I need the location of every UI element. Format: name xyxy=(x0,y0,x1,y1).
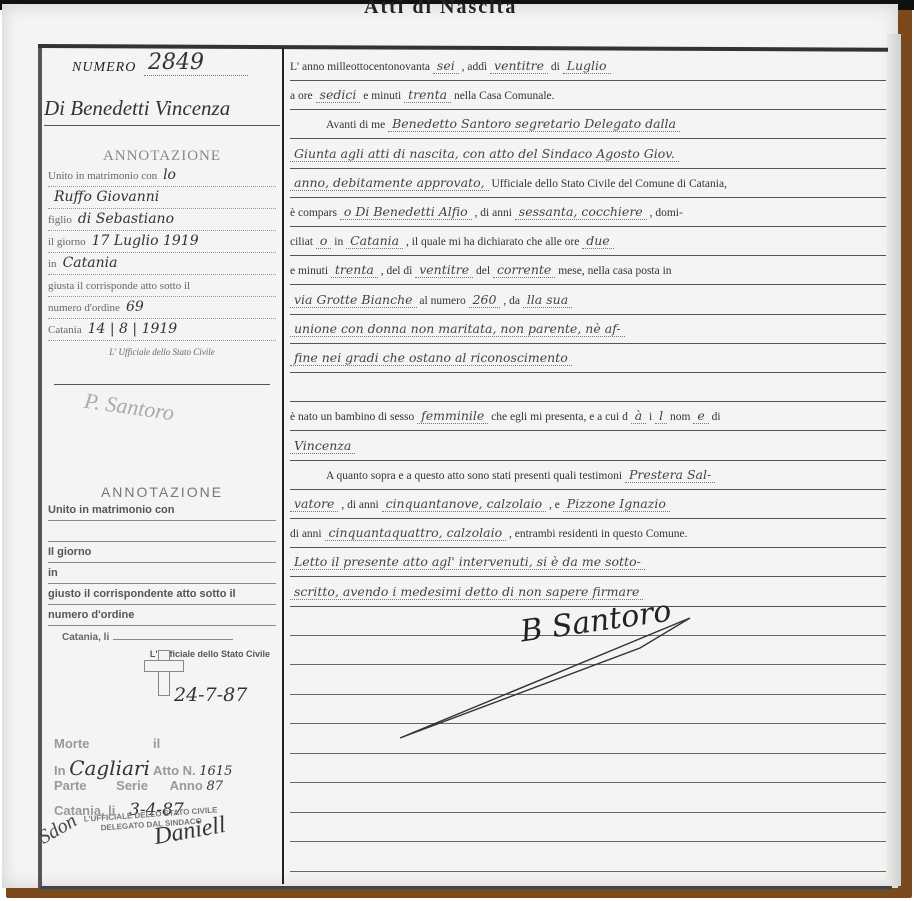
handwritten-entry: due xyxy=(582,233,613,249)
printed-text: , di anni xyxy=(341,499,378,511)
annotation-line-value: di Sebastiano xyxy=(78,211,174,227)
handwritten-entry: anno, debitamente approvato, xyxy=(290,175,489,191)
annotation-line-value: 17 Luglio 1919 xyxy=(92,233,199,249)
printed-text: nom xyxy=(670,411,690,423)
printed-text: che egli xyxy=(491,411,527,423)
empty-ruled-line xyxy=(290,753,886,754)
anno-label: Anno xyxy=(170,778,203,793)
annotation-line-value: lo xyxy=(163,167,176,183)
handwritten-entry: à xyxy=(631,408,646,424)
handwritten-entry: Vincenza xyxy=(290,438,355,454)
printed-text: è nato un bambino di sesso xyxy=(290,411,414,423)
handwritten-entry: unione con donna non maritata, non paren… xyxy=(290,321,625,337)
handwritten-entry: Pizzone Ignazio xyxy=(563,496,670,512)
printed-text: , addì xyxy=(462,61,488,73)
record-line: anno, debitamente approvato, Ufficiale d… xyxy=(290,169,886,198)
handwritten-entry: ventitre xyxy=(415,262,473,278)
record-line: Vincenza xyxy=(290,432,886,461)
printed-text: , di anni xyxy=(475,207,512,219)
annotation-lines: Unito in matrimonio conIl giornoingiusto… xyxy=(44,500,280,626)
handwritten-entry: o Di Benedetti Alfio xyxy=(340,204,472,220)
handwritten-entry: corrente xyxy=(493,262,555,278)
annotation-line-label: in xyxy=(48,258,57,270)
annotation-line: Unito in matrimonio conlo xyxy=(48,165,276,187)
annotation-title: ANNOTAZIONE xyxy=(44,148,280,165)
record-line: Letto il presente atto agl' intervenuti,… xyxy=(290,548,886,577)
record-line: fine nei gradi che ostano al riconoscime… xyxy=(290,344,886,373)
printed-text: di xyxy=(551,61,560,73)
annotation-marriage-2: ANNOTAZIONE Unito in matrimonio conIl gi… xyxy=(44,484,280,659)
annotation-signature-caption: L' Ufficiale dello Stato Civile xyxy=(44,347,280,357)
handwritten-entry: ventitre xyxy=(490,58,548,74)
annotation-line: giusto il corrispondente atto sotto il xyxy=(48,584,276,605)
record-line: è compars o Di Benedetti Alfio , di anni… xyxy=(290,198,886,227)
handwritten-entry: trenta xyxy=(404,87,451,103)
annotation-line: Catania14 | 8 | 1919 xyxy=(48,319,276,341)
annotation-line xyxy=(48,521,276,542)
annotation-title: ANNOTAZIONE xyxy=(44,484,280,500)
in-label: In xyxy=(54,763,66,778)
handwritten-entry: vatore xyxy=(290,496,338,512)
printed-text: di anni xyxy=(290,528,322,540)
annotation-line: in xyxy=(48,563,276,584)
annotation-line: figliodi Sebastiano xyxy=(48,209,276,231)
printed-text: è compars xyxy=(290,207,337,219)
column-divider xyxy=(282,48,284,884)
handwritten-entry: cinquantanove, calzolaio xyxy=(382,496,547,512)
printed-text: al numero xyxy=(419,295,465,307)
annotation-line: giusta il corrisponde atto sotto il xyxy=(48,275,276,297)
death-date: 24-7-87 xyxy=(174,684,247,706)
annotation-line-label: il giorno xyxy=(48,236,86,248)
record-line: e minuti trenta , del dì ventitre del co… xyxy=(290,256,886,285)
catania-date-line: Catania, li xyxy=(62,632,280,643)
anno-value: 87 xyxy=(206,779,223,794)
printed-text: i xyxy=(649,411,652,423)
birth-record-body: L' anno milleottocentonovanta sei , addì… xyxy=(290,48,890,884)
handwritten-entry: Giunta agli atti di nascita, con atto de… xyxy=(290,146,679,162)
handwritten-entry: Benedetto Santoro segretario Delegato da… xyxy=(388,116,680,132)
printed-text: , il quale mi ha dichiarato che alle ore xyxy=(406,236,579,248)
record-line: unione con donna non maritata, non paren… xyxy=(290,315,886,344)
printed-text: a ore xyxy=(290,90,313,102)
printed-text: L' anno milleottocentonovanta xyxy=(290,61,430,73)
annotation-line-value: 69 xyxy=(126,299,144,315)
annotation-line-label: giusta il corrisponde atto sotto il xyxy=(48,280,190,292)
death-place: Cagliari xyxy=(69,756,150,780)
handwritten-entry: Prestera Sal- xyxy=(625,467,715,483)
handwritten-entry: sessanta, cocchiere xyxy=(515,204,647,220)
annotation-line: inCatania xyxy=(48,253,276,275)
record-line: L' anno milleottocentonovanta sei , addì… xyxy=(290,52,886,81)
handwritten-entry: Luglio xyxy=(563,58,611,74)
printed-text: di xyxy=(712,411,721,423)
record-line: a ore sedici e minuti trenta nella Casa … xyxy=(290,81,886,110)
annotation-marriage-1: ANNOTAZIONE Unito in matrimonio conloRuf… xyxy=(44,148,280,357)
annotation-line-label: Il giorno xyxy=(48,546,91,558)
annotation-lines: Unito in matrimonio conloRuffo Giovannif… xyxy=(44,165,280,341)
record-line: è nato un bambino di sesso femminile che… xyxy=(290,402,886,431)
handwritten-entry: sei xyxy=(433,58,459,74)
printed-text: , del dì xyxy=(381,265,413,277)
printed-text: e minuti xyxy=(363,90,401,102)
handwritten-entry: Catania xyxy=(346,233,403,249)
register-page: Atti di Nascita NUMERO 2849 Di Benedetti… xyxy=(2,4,898,888)
printed-text: ciliat xyxy=(290,236,313,248)
handwritten-entry: o xyxy=(316,233,332,249)
annotation-line: il giorno17 Luglio 1919 xyxy=(48,231,276,253)
handwritten-entry: l xyxy=(655,408,667,424)
empty-ruled-line xyxy=(290,812,886,813)
handwritten-entry: fine nei gradi che ostano al riconoscime… xyxy=(290,350,572,366)
annotation-line-label: giusto il corrispondente atto sotto il xyxy=(48,588,236,600)
il-label: il xyxy=(153,736,160,751)
record-line: scritto, avendo i medesimi detto di non … xyxy=(290,578,886,607)
annotation-line-label: figlio xyxy=(48,214,72,226)
annotation-line-value: Catania xyxy=(63,255,118,271)
catania-label: Catania, li xyxy=(62,632,109,643)
handwritten-entry: trenta xyxy=(331,262,378,278)
printed-text: , domi- xyxy=(650,207,683,219)
annotation-line: Il giorno xyxy=(48,542,276,563)
blank-field xyxy=(113,639,233,640)
parte-label: Parte xyxy=(54,778,87,793)
morte-label: Morte xyxy=(54,736,89,751)
printed-text: mi presenta, e a cui d xyxy=(530,411,628,423)
printed-text: A quanto sopra e a questo atto sono stat… xyxy=(326,470,622,482)
annotation-line: numero d'ordine xyxy=(48,605,276,626)
empty-ruled-line xyxy=(290,782,886,783)
atto-number: 1615 xyxy=(199,764,232,779)
record-line: Giunta agli atti di nascita, con atto de… xyxy=(290,140,886,169)
faded-signature: P. Santoro xyxy=(83,388,176,426)
handwritten-entry: sedici xyxy=(316,87,361,103)
handwritten-entry: 260 xyxy=(469,292,501,308)
record-line xyxy=(290,373,886,402)
handwritten-entry: lla sua xyxy=(523,292,572,308)
atto-label: Atto N. xyxy=(153,763,196,778)
record-line: ciliat o in Catania , il quale mi ha dic… xyxy=(290,227,886,256)
printed-text: , e xyxy=(549,499,560,511)
handwritten-entry: via Grotte Bianche xyxy=(290,292,417,308)
annotation-line-label: numero d'ordine xyxy=(48,302,120,314)
margin-column: NUMERO 2849 Di Benedetti Vincenza ANNOTA… xyxy=(44,48,280,884)
handwritten-entry: cinquantaquattro, calzolaio xyxy=(325,525,507,541)
printed-text: mese, nella casa posta in xyxy=(558,265,671,277)
handwritten-entry: femminile xyxy=(417,408,488,424)
page-header-title: Atti di Nascita xyxy=(364,0,517,19)
printed-text: e minuti xyxy=(290,265,328,277)
handwritten-entry: e xyxy=(693,408,708,424)
printed-text: , entrambi residenti in questo Comune. xyxy=(509,528,688,540)
printed-text: del xyxy=(476,265,490,277)
record-line: vatore , di anni cinquantanove, calzolai… xyxy=(290,490,886,519)
annotation-line-label: Unito in matrimonio con xyxy=(48,504,175,516)
handwritten-entry: scritto, avendo i medesimi detto di non … xyxy=(290,584,643,600)
record-line: di anni cinquantaquattro, calzolaio , en… xyxy=(290,519,886,548)
annotation-line-label: Catania xyxy=(48,324,82,336)
handwritten-entry: Letto il presente atto agl' intervenuti,… xyxy=(290,554,645,570)
printed-text: Avanti di me xyxy=(326,119,385,131)
subject-name: Di Benedetti Vincenza xyxy=(44,96,280,126)
annotation-line-label: in xyxy=(48,567,58,579)
annotation-line-value: Ruffo Giovanni xyxy=(54,189,159,205)
empty-ruled-line xyxy=(290,871,886,872)
serie-label: Serie xyxy=(116,778,148,793)
annotation-line: numero d'ordine69 xyxy=(48,297,276,319)
record-line: Avanti di me Benedetto Santoro segretari… xyxy=(290,110,886,139)
printed-text: , da xyxy=(503,295,520,307)
annotation-line-label: Unito in matrimonio con xyxy=(48,170,157,182)
numero-label: NUMERO xyxy=(72,60,136,76)
annotation-line-value: 14 | 8 | 1919 xyxy=(88,321,178,337)
record-line: A quanto sopra e a questo atto sono stat… xyxy=(290,461,886,490)
printed-text: nella Casa Comunale. xyxy=(454,90,555,102)
record-line: via Grotte Bianche al numero 260 , da ll… xyxy=(290,286,886,315)
record-number: 2849 xyxy=(144,50,248,76)
printed-text: in xyxy=(334,236,343,248)
printed-text: Ufficiale dello Stato Civile del Comune … xyxy=(491,178,727,190)
annotation-line: Unito in matrimonio con xyxy=(48,500,276,521)
annotation-line: Ruffo Giovanni xyxy=(48,187,276,209)
empty-ruled-line xyxy=(290,841,886,842)
annotation-line-label: numero d'ordine xyxy=(48,609,134,621)
annotation-separator xyxy=(54,384,270,385)
